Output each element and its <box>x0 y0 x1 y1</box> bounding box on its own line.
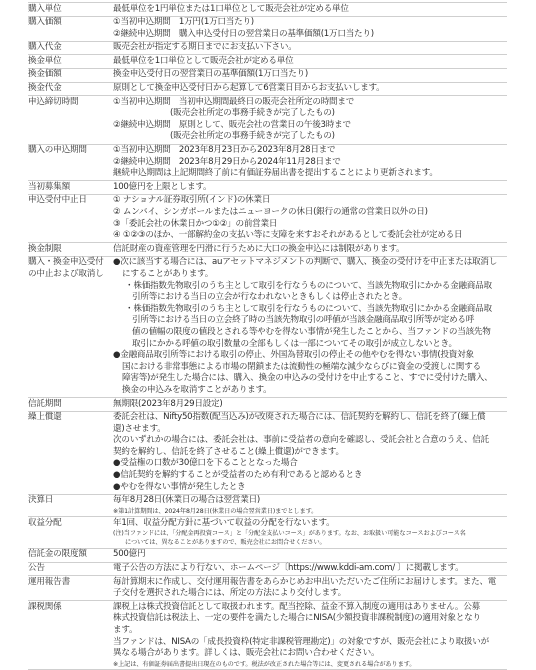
row-value: ① ナショナル証券取引所(インド)の休業日 ② ムンバイ、シンガポールまたはニュ… <box>113 195 507 241</box>
value-line: 500億円 <box>113 549 507 561</box>
value-line: ②継続申込期間 購入申込受付日の翌営業日の基準価額(1万口当たり) <box>113 29 507 41</box>
row-label: 繰上償還 <box>28 412 113 493</box>
value-line: ます。 <box>113 625 507 637</box>
row-label: 当初募集額 <box>28 182 113 194</box>
row-value: 年1回、収益分配方針に基づいて収益の分配を行ないます。 (注)当ファンドには、「… <box>113 518 507 548</box>
row-label: 換金単位 <box>28 56 113 68</box>
row-redemption-limit: 換金制限 信託財産の資産管理を円滑に行うために大口の換金申込には制限があります。 <box>28 242 507 256</box>
value-line: 換金の申込みを取消すことがあります。 <box>113 385 507 397</box>
row-trust-period: 信託期間 無期限(2023年8月29日設定) <box>28 397 507 411</box>
value-line: 引所等における当日の立会が行なわれないときもしくは停止されたとき。 <box>113 292 507 304</box>
row-label: 購入の申込期間 <box>28 145 113 180</box>
value-line: 国における非常事態による市場の閉鎖または流動性の極端な減少ならびに資金の受渡しに… <box>113 362 507 374</box>
value-note: ※第1計算期間は、2024年8月28日(休業日の場合翌営業日)までとします。 <box>113 507 507 516</box>
row-value: 毎年8月28日(休業日の場合は翌営業日) ※第1計算期間は、2024年8月28日… <box>113 495 507 516</box>
row-value: 委託会社は、Nifty50指数(配当込み)が改廃された場合には、信託契約を解約し… <box>113 412 507 493</box>
row-redemption-price: 換金価額 換金申込受付日の翌営業日の基準価額(1万口当たり) <box>28 68 507 82</box>
row-public-notice: 公告 電子公告の方法により行ない、ホームページ〔https://www.kddi… <box>28 562 507 576</box>
value-line: (販売会社所定の事務手続きが完了したもの) <box>113 131 507 143</box>
row-label: 申込締切時間 <box>28 97 113 143</box>
value-line: ・株価指数先物取引のうち主として取引を行なうものについて、当該先物取引にかかる金… <box>113 281 507 293</box>
value-line: 引所等における当日の立会終了時の当該先物取引の呼値が当該金融商品取引所等が定める… <box>113 315 507 327</box>
value-line: 継続申込期間は上記期間終了前に有価証券届出書を提出することにより更新されます。 <box>113 168 507 180</box>
value-line: ②継続申込期間 原則として、販売会社の営業日の午後3時まで <box>113 120 507 132</box>
value-line: ①当初申込期間 1万円(1万口当たり) <box>113 17 507 29</box>
row-value: ①当初申込期間 当初申込期間最終日の販売会社所定の時間まで (販売会社所定の事務… <box>113 97 507 143</box>
value-line: 信託財産の資産管理を円滑に行うために大口の換金申込には制限があります。 <box>113 244 507 256</box>
row-value: 課税上は株式投資信託として取扱われます。配当控除、益金不算入制度の適用はありませ… <box>113 602 507 642</box>
row-value: 最低単位を1口単位として販売会社が定める単位 <box>113 56 507 68</box>
value-line: 株式投資信託は税法上、一定の要件を満たした場合にNISA(少額投資非課税制度)の… <box>113 613 507 625</box>
row-label: 購入代金 <box>28 42 113 54</box>
value-line: 100億円を上限とします。 <box>113 182 507 194</box>
value-line: 値の値幅の限度の値段とされる等やむを得ない事情が発生したことから、当ファンドの当… <box>113 327 507 339</box>
value-line: ●信託契約を解約することが受益者のため有利であると認めるとき <box>113 470 507 482</box>
row-distribution: 収益分配 年1回、収益分配方針に基づいて収益の分配を行ないます。 (注)当ファン… <box>28 516 507 548</box>
row-taxation: 課税関係 課税上は株式投資信託として取扱われます。配当控除、益金不算入制度の適用… <box>28 600 507 642</box>
row-purchase-unit: 購入単位 最低単位を1円単位または1口単位として販売会社が定める単位 <box>28 2 507 16</box>
value-line: ② ムンバイ、シンガポールまたはニューヨークの休日(銀行の通常の営業日以外の日) <box>113 207 507 219</box>
row-value: 販売会社が指定する期日までにお支払い下さい。 <box>113 42 507 54</box>
value-line: 電子公告の方法により行ない、ホームページ〔https://www.kddi-am… <box>113 563 507 575</box>
row-suspension-days: 申込受付中止日 ① ナショナル証券取引所(インド)の休業日 ② ムンバイ、シンガ… <box>28 194 507 242</box>
row-value: 電子公告の方法により行ない、ホームページ〔https://www.kddi-am… <box>113 563 507 575</box>
row-label: 運用報告書 <box>28 577 113 600</box>
row-label: 公告 <box>28 563 113 575</box>
value-line: ●受益権の口数が30億口を下ることとなった場合 <box>113 458 507 470</box>
row-purchase-payment: 購入代金 販売会社が指定する期日までにお支払い下さい。 <box>28 41 507 55</box>
value-line: 当ファンドは、NISAの「成長投資枠(特定非課税管理勘定)」の対象ですが、販売会… <box>113 637 507 642</box>
row-settlement-date: 決算日 毎年8月28日(休業日の場合は翌営業日) ※第1計算期間は、2024年8… <box>28 494 507 517</box>
row-early-redemption: 繰上償還 委託会社は、Nifty50指数(配当込み)が改廃された場合には、信託契… <box>28 411 507 494</box>
value-line: ●やむを得ない事情が発生したとき <box>113 482 507 494</box>
value-line: ②継続申込期間 2023年8月29日から2024年11月28日まで <box>113 157 507 169</box>
row-label: 申込受付中止日 <box>28 195 113 241</box>
row-purchase-price: 購入価額 ①当初申込期間 1万円(1万口当たり) ②継続申込期間 購入申込受付日… <box>28 16 507 41</box>
value-line: ●金融商品取引所等における取引の停止、外国為替取引の停止その他やむを得ない事情(… <box>113 350 507 362</box>
value-note: (注)当ファンドには、「分配金再投資コース」と「分配金支払いコース」があります。… <box>113 529 507 538</box>
value-line: 毎年8月28日(休業日の場合は翌営業日) <box>113 495 507 507</box>
value-line: 障害等)が発生した場合には、購入、換金の申込みの受付けを中止すること、すでに受付… <box>113 373 507 385</box>
row-value: 無期限(2023年8月29日設定) <box>113 399 507 411</box>
row-value: ①当初申込期間 1万円(1万口当たり) ②継続申込期間 購入申込受付日の翌営業日… <box>113 17 507 40</box>
row-label: 信託期間 <box>28 399 113 411</box>
row-label: 換金代金 <box>28 83 113 95</box>
value-line: にすることがあります。 <box>113 269 507 281</box>
value-line: 子交付を選択された場合には、所定の方法により交付します。 <box>113 588 507 600</box>
row-initial-offering: 当初募集額 100億円を上限とします。 <box>28 180 507 194</box>
row-label: 決算日 <box>28 495 113 516</box>
value-line: 無期限(2023年8月29日設定) <box>113 399 507 411</box>
row-value: 100億円を上限とします。 <box>113 182 507 194</box>
row-label: 課税関係 <box>28 602 113 642</box>
row-value: 500億円 <box>113 549 507 561</box>
row-application-deadline: 申込締切時間 ①当初申込期間 当初申込期間最終日の販売会社所定の時間まで (販売… <box>28 95 507 143</box>
value-line: ①当初申込期間 当初申込期間最終日の販売会社所定の時間まで <box>113 97 507 109</box>
row-value: ①当初申込期間 2023年8月23日から2023年8月28日まで ②継続申込期間… <box>113 145 507 180</box>
row-redemption-payment: 換金代金 原則として換金申込受付日から起算して6営業日目からお支払いします。 <box>28 82 507 96</box>
row-management-report: 運用報告書 毎計算期末に作成し、交付運用報告書をあらかじめお申出いただいたご住所… <box>28 575 507 600</box>
row-value: 最低単位を1円単位または1口単位として販売会社が定める単位 <box>113 4 507 16</box>
row-label: 信託金の限度額 <box>28 549 113 561</box>
value-line: ●次に該当する場合には、auアセットマネジメントの判断で、購入、換金の受付けを中… <box>113 257 507 269</box>
row-label: 購入・換金申込受付 の中止および取消し <box>28 257 113 396</box>
value-line: 最低単位を1口単位として販売会社が定める単位 <box>113 56 507 68</box>
row-label: 購入単位 <box>28 4 113 16</box>
value-line: 毎計算期末に作成し、交付運用報告書をあらかじめお申出いただいたご住所にお届けしま… <box>113 577 507 589</box>
row-redemption-unit: 換金単位 最低単位を1口単位として販売会社が定める単位 <box>28 54 507 68</box>
value-line: 委託会社は、Nifty50指数(配当込み)が改廃された場合には、信託契約を解約し… <box>113 412 507 424</box>
row-suspension-cancellation: 購入・換金申込受付 の中止および取消し ●次に該当する場合には、auアセットマネ… <box>28 256 507 397</box>
fund-summary-table: 購入単位 最低単位を1円単位または1口単位として販売会社が定める単位 購入価額 … <box>28 2 507 642</box>
row-value: 換金申込受付日の翌営業日の基準価額(1万口当たり) <box>113 69 507 81</box>
value-line: ③「委託会社の休業日かつ①②」の前営業日 <box>113 219 507 231</box>
row-trust-limit: 信託金の限度額 500億円 <box>28 548 507 562</box>
value-line: 取引にかかる呼値の取引数量の全部もしくは一部についてその取引が成立しないとき。 <box>113 339 507 351</box>
value-line: 最低単位を1円単位または1口単位として販売会社が定める単位 <box>113 4 507 16</box>
value-line: ①当初申込期間 2023年8月23日から2023年8月28日まで <box>113 145 507 157</box>
value-line: ① ナショナル証券取引所(インド)の休業日 <box>113 195 507 207</box>
row-value: 毎計算期末に作成し、交付運用報告書をあらかじめお申出いただいたご住所にお届けしま… <box>113 577 507 600</box>
row-value: 原則として換金申込受付日から起算して6営業日目からお支払いします。 <box>113 83 507 95</box>
row-label: 換金制限 <box>28 244 113 256</box>
value-line: 原則として換金申込受付日から起算して6営業日目からお支払いします。 <box>113 83 507 95</box>
row-value: 信託財産の資産管理を円滑に行うために大口の換金申込には制限があります。 <box>113 244 507 256</box>
value-line: 還)させます。 <box>113 424 507 436</box>
value-line: ・株価指数先物取引のうち主として取引を行なうものについて、当該先物取引にかかる金… <box>113 304 507 316</box>
value-line: 年1回、収益分配方針に基づいて収益の分配を行ないます。 <box>113 518 507 530</box>
row-label: 収益分配 <box>28 518 113 548</box>
row-label: 換金価額 <box>28 69 113 81</box>
value-line: 次のいずれかの場合には、委託会社は、事前に受益者の意向を確認し、受託会社と合意の… <box>113 435 507 447</box>
value-note: については、異なることがありますので、販売会社にお問合せください。 <box>113 538 507 547</box>
row-application-period: 購入の申込期間 ①当初申込期間 2023年8月23日から2023年8月28日まで… <box>28 144 507 181</box>
value-line: 販売会社が指定する期日までにお支払い下さい。 <box>113 42 507 54</box>
value-line: ④ ①②③のほか、一部解約金の支払い等に支障を来すおそれがあるとして委託会社が定… <box>113 230 507 242</box>
row-label: 購入価額 <box>28 17 113 40</box>
value-line: 課税上は株式投資信託として取扱われます。配当控除、益金不算入制度の適用はありませ… <box>113 602 507 614</box>
value-line: 換金申込受付日の翌営業日の基準価額(1万口当たり) <box>113 69 507 81</box>
row-value: ●次に該当する場合には、auアセットマネジメントの判断で、購入、換金の受付けを中… <box>113 257 507 396</box>
value-line: 契約を解約し、信託を終了させること(繰上償還)ができます。 <box>113 447 507 459</box>
value-line: (販売会社所定の事務手続きが完了したもの) <box>113 108 507 120</box>
